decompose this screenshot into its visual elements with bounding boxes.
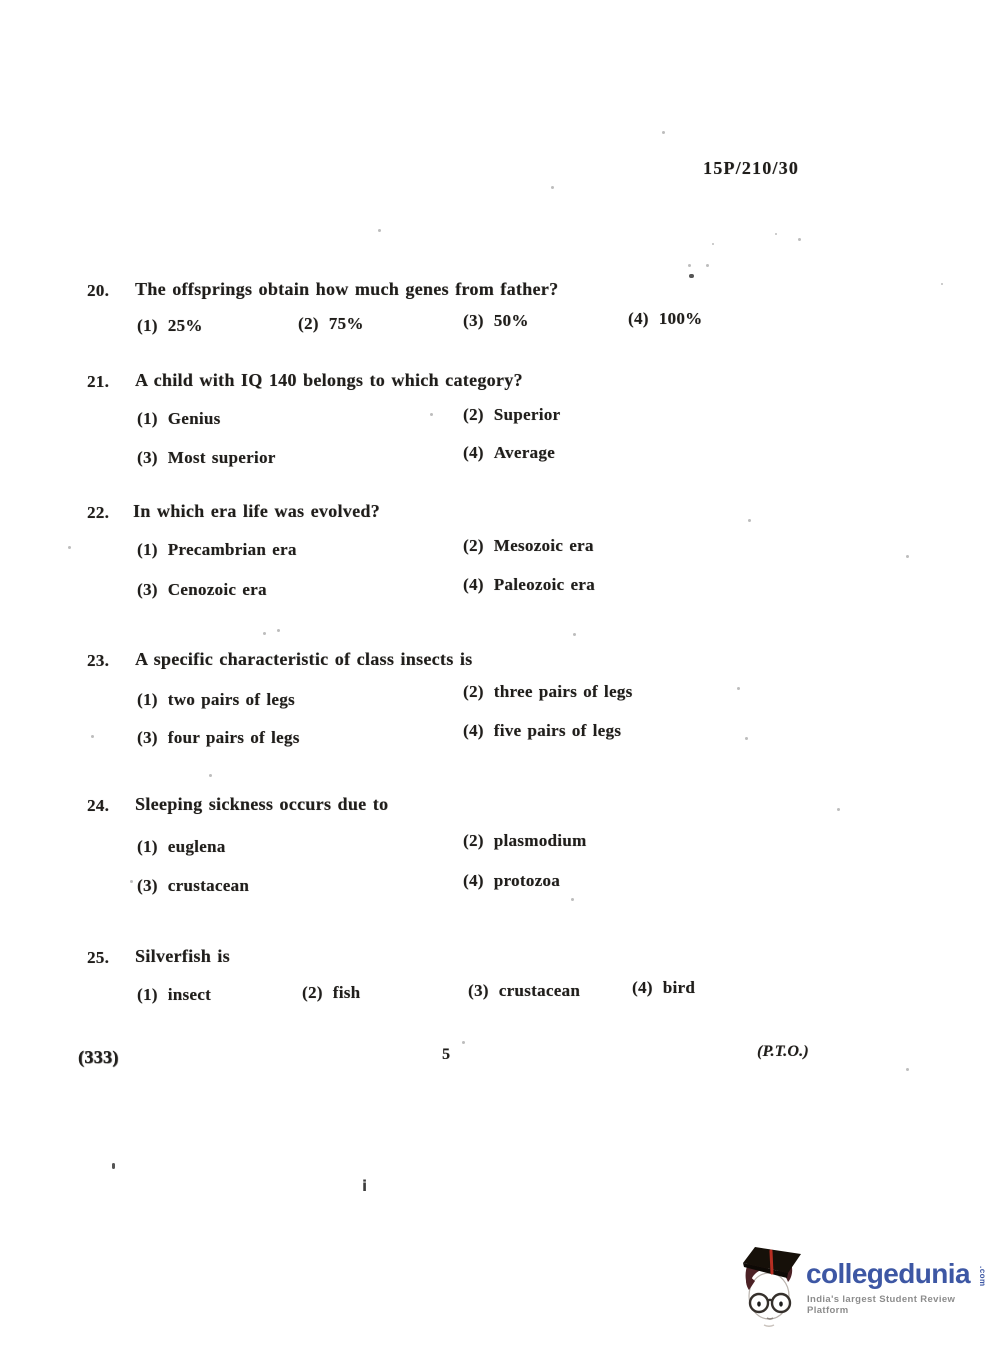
option-text: protozoa [494, 871, 560, 890]
option-label: (4) [463, 871, 484, 890]
option-label: (3) [137, 728, 158, 747]
option-label: (2) [463, 831, 484, 850]
speck [712, 243, 714, 245]
option-label: (3) [137, 448, 158, 467]
speck [689, 274, 694, 278]
option-label: (4) [463, 443, 484, 462]
speck [798, 238, 801, 241]
option-label: (1) [137, 316, 158, 335]
question-21-option-3: (3)Most superior [137, 448, 276, 468]
option-label: (4) [463, 575, 484, 594]
speck [209, 774, 212, 777]
option-label: (1) [137, 690, 158, 709]
speck [277, 629, 280, 632]
option-text: five pairs of legs [494, 721, 621, 740]
question-23-text: A specific characteristic of class insec… [135, 649, 472, 670]
page-number: 5 [442, 1046, 450, 1064]
graduate-boy-mascot-icon [742, 1246, 804, 1328]
exam-page: 15P/210/30 20. The offsprings obtain how… [0, 0, 1001, 1356]
speck [745, 737, 748, 740]
option-label: (1) [137, 837, 158, 856]
question-20-option-3: (3)50% [463, 311, 529, 331]
speck [737, 687, 740, 690]
option-label: (2) [463, 682, 484, 701]
question-20-option-1: (1)25% [137, 316, 203, 336]
option-label: (3) [137, 876, 158, 895]
question-25-text: Silverfish is [135, 946, 230, 967]
question-23-number: 23. [87, 651, 109, 671]
option-text: Paleozoic era [494, 575, 595, 594]
option-text: four pairs of legs [168, 728, 300, 747]
option-text: euglena [168, 837, 226, 856]
option-text: Superior [494, 405, 561, 424]
option-label: (3) [463, 311, 484, 330]
question-24-option-3: (3)crustacean [137, 876, 249, 896]
question-22-option-1: (1)Precambrian era [137, 540, 297, 560]
question-25-option-2: (2)fish [302, 983, 360, 1003]
question-24-option-2: (2)plasmodium [463, 831, 586, 851]
option-text: Precambrian era [168, 540, 297, 559]
option-text: Cenozoic era [168, 580, 267, 599]
option-label: (1) [137, 540, 158, 559]
question-25-number: 25. [87, 948, 109, 968]
speck [551, 186, 554, 189]
option-text: crustacean [168, 876, 249, 895]
option-label: (1) [137, 409, 158, 428]
speck [662, 131, 665, 134]
option-text: Most superior [168, 448, 276, 467]
speck [906, 555, 909, 558]
speck [263, 632, 266, 635]
speck [688, 264, 691, 267]
speck [68, 546, 71, 549]
question-20-text: The offsprings obtain how much genes fro… [135, 279, 558, 300]
speck [462, 1041, 465, 1044]
option-text: bird [663, 978, 695, 997]
collegedunia-logo: collegedunia .com India's largest Studen… [740, 1244, 998, 1336]
question-23-option-1: (1)two pairs of legs [137, 690, 295, 710]
option-text: fish [333, 983, 361, 1002]
option-label: (4) [632, 978, 653, 997]
option-label: (3) [137, 580, 158, 599]
question-23-option-4: (4)five pairs of legs [463, 721, 621, 741]
scan-stray-mark: i [362, 1177, 367, 1195]
speck [91, 735, 94, 738]
speck [573, 633, 576, 636]
speck [941, 283, 943, 285]
speck [775, 233, 777, 235]
question-23-option-2: (2)three pairs of legs [463, 682, 633, 702]
question-21-text: A child with IQ 140 belongs to which cat… [135, 370, 523, 391]
option-label: (2) [463, 536, 484, 555]
speck [130, 880, 133, 883]
option-label: (4) [463, 721, 484, 740]
option-text: 50% [494, 311, 529, 330]
question-25-option-3: (3)crustacean [468, 981, 580, 1001]
option-text: crustacean [499, 981, 580, 1000]
question-21-option-4: (4)Average [463, 443, 555, 463]
question-22-option-2: (2)Mesozoic era [463, 536, 594, 556]
speck [837, 808, 840, 811]
question-20-number: 20. [87, 281, 109, 301]
question-20-option-2: (2)75% [298, 314, 364, 334]
question-21-option-1: (1)Genius [137, 409, 221, 429]
question-24-option-4: (4)protozoa [463, 871, 560, 891]
question-22-option-4: (4)Paleozoic era [463, 575, 595, 595]
question-25-option-4: (4)bird [632, 978, 695, 998]
brand-wordmark: collegedunia [806, 1258, 970, 1290]
speck [906, 1068, 909, 1071]
option-label: (2) [302, 983, 323, 1002]
question-24-number: 24. [87, 796, 109, 816]
question-23-option-3: (3)four pairs of legs [137, 728, 300, 748]
booklet-code: (333) [78, 1047, 119, 1068]
option-text: Average [494, 443, 555, 462]
brand-tagline: India's largest Student Review Platform [807, 1294, 998, 1316]
question-25-option-1: (1)insect [137, 985, 211, 1005]
question-21-option-2: (2)Superior [463, 405, 560, 425]
question-21-number: 21. [87, 372, 109, 392]
exam-code: 15P/210/30 [703, 158, 799, 179]
option-text: 100% [659, 309, 703, 328]
question-22-number: 22. [87, 503, 109, 523]
option-text: 75% [329, 314, 364, 333]
question-22-option-3: (3)Cenozoic era [137, 580, 267, 600]
question-24-option-1: (1)euglena [137, 837, 226, 857]
speck [748, 519, 751, 522]
option-text: three pairs of legs [494, 682, 633, 701]
option-text: Mesozoic era [494, 536, 594, 555]
option-text: 25% [168, 316, 203, 335]
speck [112, 1163, 115, 1169]
option-text: plasmodium [494, 831, 587, 850]
option-text: Genius [168, 409, 221, 428]
pto-label: (P.T.O.) [757, 1043, 809, 1061]
option-label: (2) [463, 405, 484, 424]
question-20-option-4: (4)100% [628, 309, 702, 329]
speck [430, 413, 433, 416]
option-text: two pairs of legs [168, 690, 295, 709]
speck [706, 264, 709, 267]
option-text: insect [168, 985, 211, 1004]
question-24-text: Sleeping sickness occurs due to [135, 794, 388, 815]
speck [378, 229, 381, 232]
option-label: (4) [628, 309, 649, 328]
brand-tld: .com [978, 1266, 987, 1287]
speck [571, 898, 574, 901]
question-22-text: In which era life was evolved? [133, 501, 380, 522]
option-label: (2) [298, 314, 319, 333]
option-label: (3) [468, 981, 489, 1000]
option-label: (1) [137, 985, 158, 1004]
